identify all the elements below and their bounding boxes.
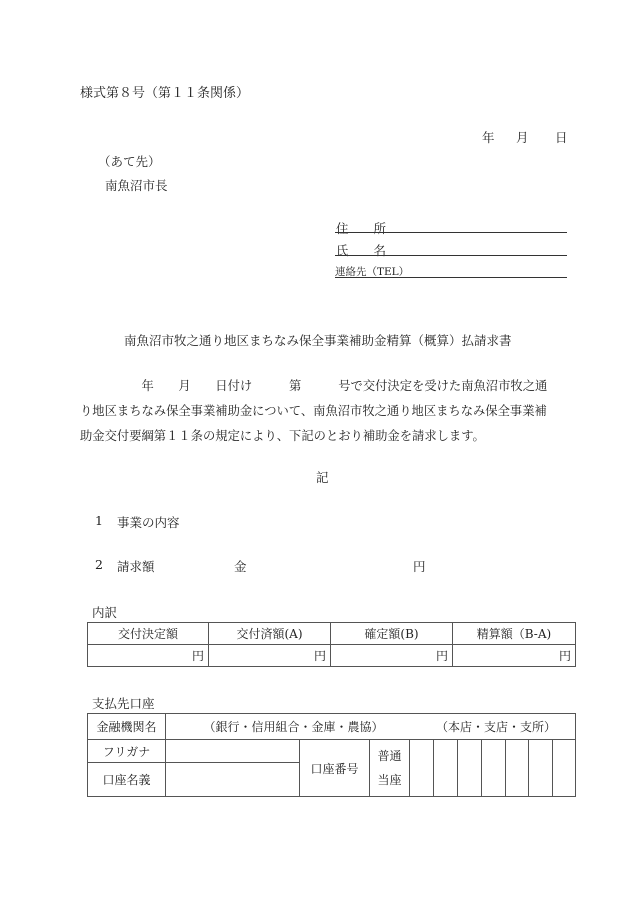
furigana-row: フリガナ 口座番号 普通当座 [88,740,576,763]
ki-heading: 記 [316,468,329,486]
header-kakutei: 確定額(B) [331,623,453,645]
institution-types: （銀行・信用組合・金庫・農協） [166,718,421,735]
account-digit-6[interactable] [529,740,553,797]
item2-number: 2 [95,557,103,572]
breakdown-table: 交付決定額 交付済額(A) 確定額(B) 精算額（B-A) 円 円 円 円 [87,622,576,667]
header-seisan: 精算額（B-A) [453,623,576,645]
bank-table: 金融機関名 （銀行・信用組合・金庫・農協）（本店・支店・支所） フリガナ 口座番… [87,713,576,797]
form-number: 様式第８号（第１１条関係） [80,82,249,101]
account-digit-1[interactable] [410,740,434,797]
value-seisan[interactable]: 円 [453,645,576,667]
item2-label: 請求額 [117,557,155,575]
institution-label: 金融機関名 [88,714,166,740]
date-day: 日 [555,128,568,146]
value-kakutei[interactable]: 円 [331,645,453,667]
address-field[interactable] [335,232,567,233]
branch-types: （本店・支店・支所） [421,718,571,735]
value-kofu-zumi[interactable]: 円 [209,645,331,667]
date-year: 年 [482,128,495,146]
address-label: 住 所 [336,219,386,237]
furigana-field[interactable] [166,740,300,763]
account-type[interactable]: 普通当座 [370,740,410,797]
furigana-label: フリガナ [88,740,166,763]
addressee: 南魚沼市長 [105,176,168,194]
contact-field[interactable] [335,277,567,278]
breakdown-label: 内訳 [92,603,117,621]
body-line-2: り地区まちなみ保全事業補助金について、南魚沼市牧之通り地区まちなみ保全事業補 [80,401,547,419]
item1-label: 事業の内容 [117,513,180,531]
item1-number: 1 [95,513,103,528]
account-digit-5[interactable] [506,740,529,797]
account-digit-2[interactable] [434,740,458,797]
item2-kin: 金 [234,557,247,575]
bank-label: 支払先口座 [92,694,155,712]
header-kofu-kettei: 交付決定額 [88,623,209,645]
account-type-toza: 当座 [377,773,401,787]
breakdown-value-row: 円 円 円 円 [88,645,576,667]
account-digit-3[interactable] [458,740,482,797]
value-kofu-kettei[interactable]: 円 [88,645,209,667]
account-digit-4[interactable] [482,740,506,797]
body-line-3: 助金交付要綱第１１条の規定により、下記のとおり補助金を請求します。 [80,426,485,444]
institution-field[interactable]: （銀行・信用組合・金庫・農協）（本店・支店・支所） [166,714,576,740]
holder-label: 口座名義 [88,763,166,797]
header-kofu-zumi: 交付済額(A) [209,623,331,645]
account-type-futsu: 普通 [377,749,401,763]
date-month: 月 [516,128,529,146]
name-field[interactable] [335,255,567,256]
breakdown-header-row: 交付決定額 交付済額(A) 確定額(B) 精算額（B-A) [88,623,576,645]
account-number-label: 口座番号 [300,740,370,797]
item2-yen: 円 [413,557,426,575]
institution-row: 金融機関名 （銀行・信用組合・金庫・農協）（本店・支店・支所） [88,714,576,740]
body-line-1: 年 月 日付け 第 号で交付決定を受けた南魚沼市牧之通 [80,376,547,394]
account-digit-7[interactable] [553,740,576,797]
name-label: 氏 名 [336,241,386,259]
document-title: 南魚沼市牧之通り地区まちなみ保全事業補助金精算（概算）払請求書 [124,331,512,349]
holder-field[interactable] [166,763,300,797]
addressee-label: （あて先） [98,152,161,170]
